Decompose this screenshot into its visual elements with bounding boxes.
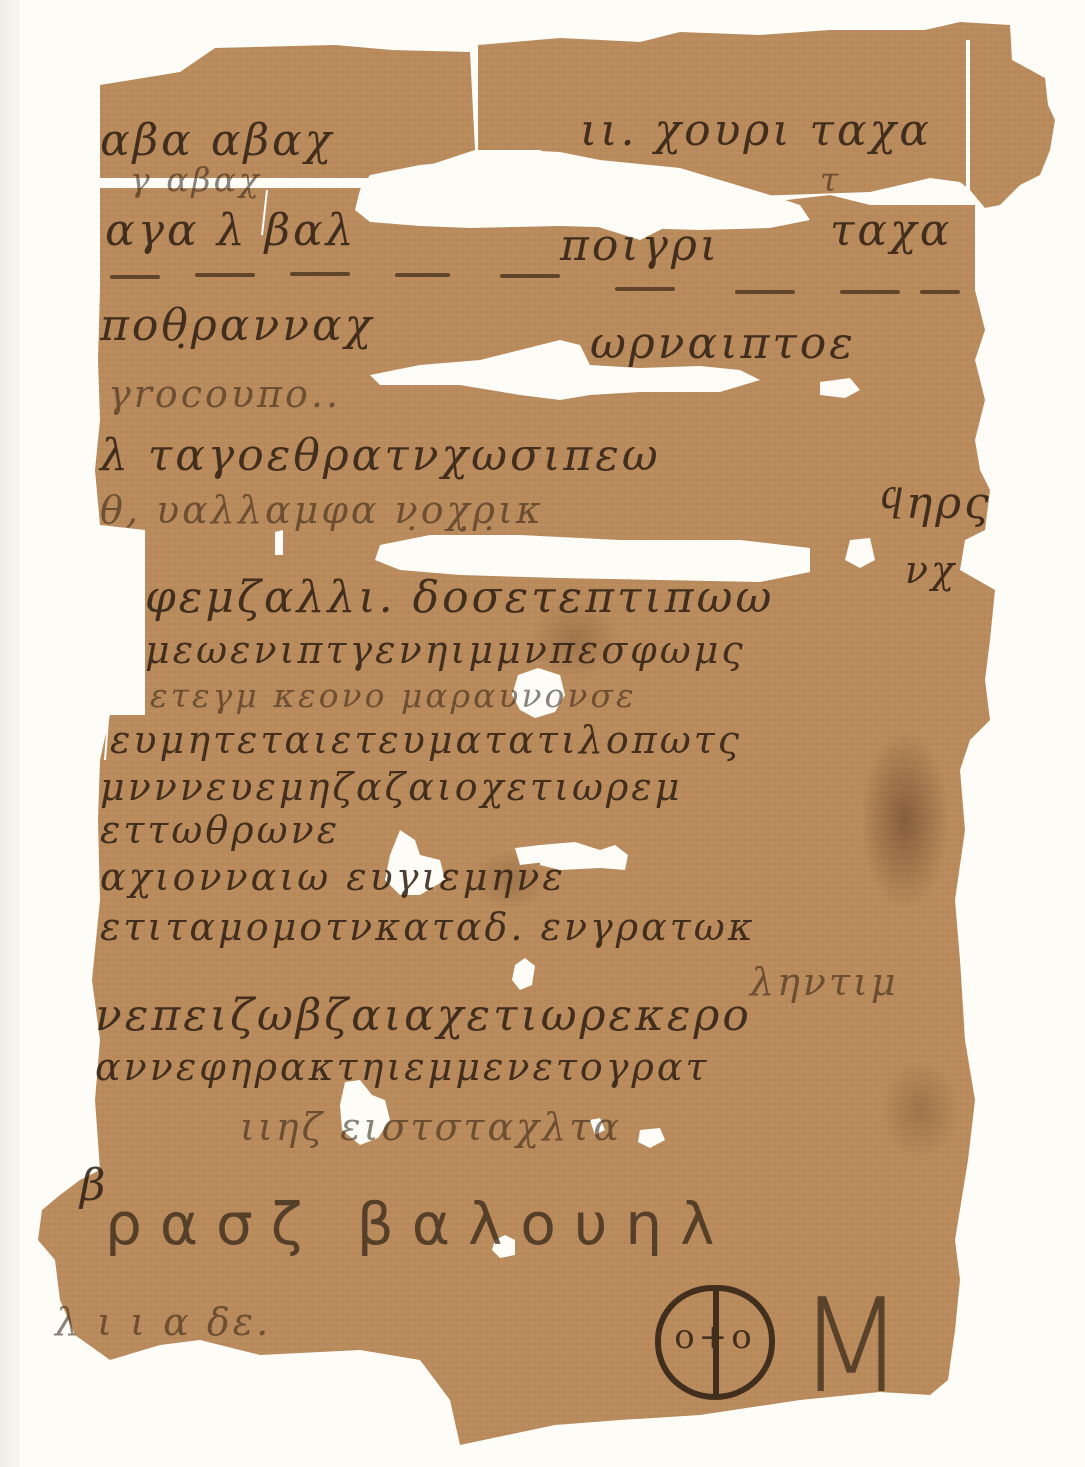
- line-11: λ ταγοεθρατνχωσιπεω: [100, 430, 661, 481]
- line-8: ποθ̣ρανναχ: [100, 300, 374, 351]
- line-23: ληντιμ: [750, 960, 899, 1004]
- line-20: εττωθρωνε: [100, 808, 340, 852]
- overline-mark: [920, 290, 960, 294]
- line-10: γrοcουπο..: [108, 372, 341, 416]
- line-5: αγα λ βαλ: [105, 205, 357, 256]
- line-14: νχ: [905, 548, 957, 592]
- magical-characters: ρασζ βαλουηλ: [105, 1190, 733, 1258]
- seal-drawing: ο+ο: [655, 1285, 775, 1400]
- line-3: γ αβαχ: [130, 160, 262, 199]
- overline-mark: [500, 274, 560, 278]
- overline-mark: [840, 290, 900, 294]
- line-19: μνννευεμηζαζαιοχετιωρεμ: [100, 765, 682, 809]
- line-4: τ: [820, 160, 841, 199]
- line-15: φεμζαλλι. δοσετεπτιπωω: [145, 572, 774, 623]
- bottom-line: λ ι ι α δε.: [55, 1300, 271, 1344]
- line-25: αννεφηρακτηιεμμενετογρατ: [95, 1045, 710, 1089]
- seal-text: ο+ο: [661, 1317, 769, 1357]
- line-2: ιι. χουρι ταχα: [580, 105, 932, 156]
- line-18: ευμητεταιετευματατιλοπωτς: [110, 718, 742, 762]
- overline-mark: [290, 272, 350, 276]
- line-13: ϥηρς: [880, 478, 992, 529]
- monogram-m: M: [798, 1270, 905, 1422]
- overline-mark: [735, 290, 795, 294]
- line-1: αβα αβαχ: [100, 115, 334, 166]
- overline-mark: [395, 273, 450, 277]
- line-7: ταχα: [830, 205, 952, 256]
- line-6: ποιγρι: [560, 220, 720, 271]
- line-21: αχιονναιω ευγιεμηνε: [100, 855, 566, 899]
- line-16: μεωενιπτγενηιμμνπεσφωμς: [145, 628, 746, 672]
- line-17: ετεγμ κεονο μαραυνονσε: [150, 676, 637, 715]
- overline-mark: [615, 287, 675, 291]
- overline-mark: [195, 273, 255, 277]
- line-22: ετιταμομοτνκαταδ. ενγρατωκ: [100, 905, 756, 949]
- line-9: ωρναιπτοε: [590, 318, 856, 369]
- overline-mark: [110, 275, 160, 279]
- line-26: ιιηζ ειστσταχλτα: [240, 1105, 622, 1149]
- line-24: νεπειζωβζαιαχετιωρεκερο: [95, 990, 752, 1041]
- line-12: θ, υαλλαμφα ν̣οχ̣ρ̣ικ: [100, 488, 544, 532]
